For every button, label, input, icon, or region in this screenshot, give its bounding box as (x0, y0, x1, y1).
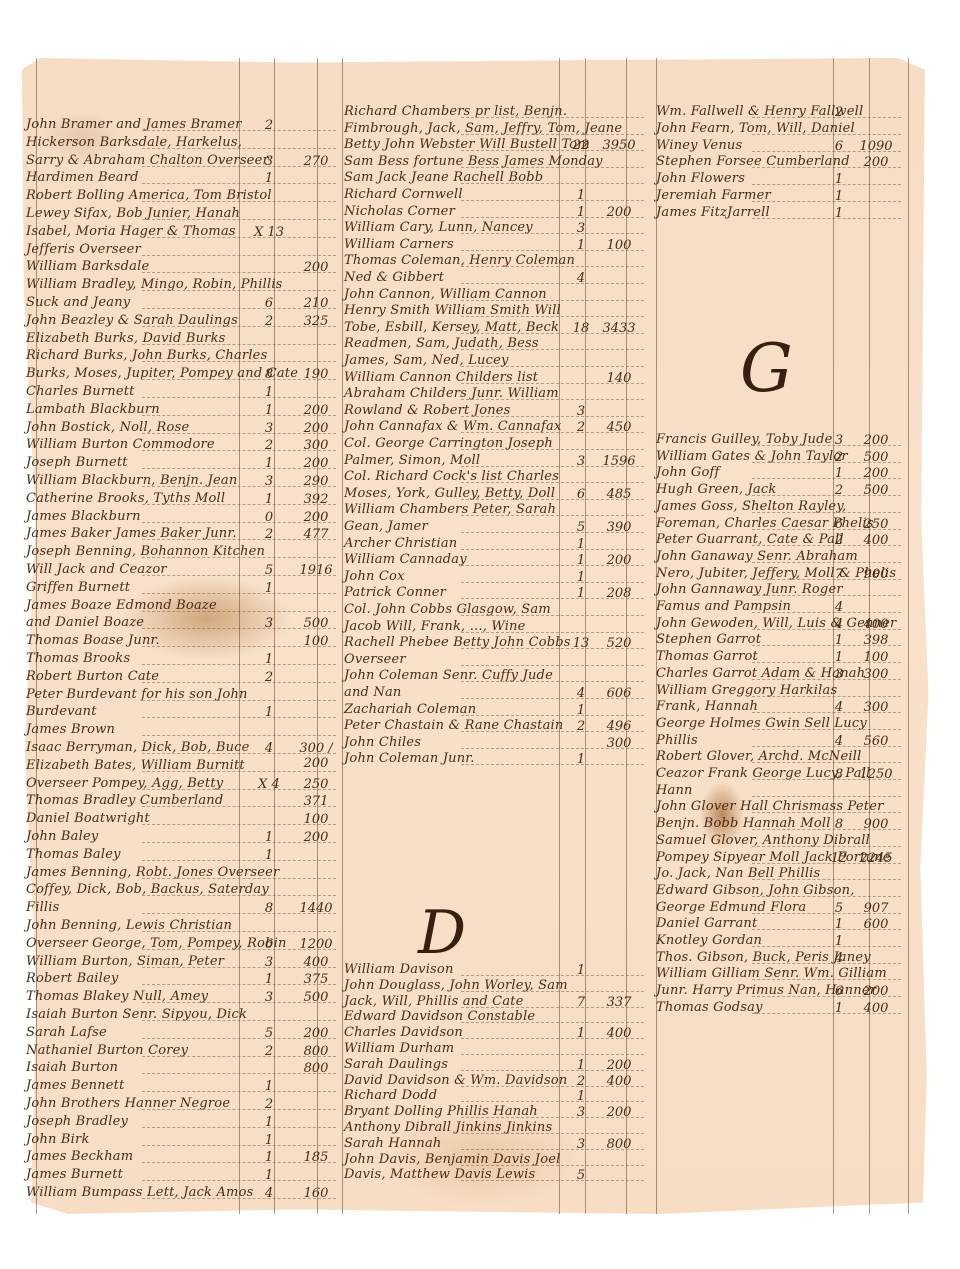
acres-value: 500 (856, 483, 896, 498)
entry-name: Winey Venus (656, 139, 742, 153)
ledger-entry: Daniel Boatwright (26, 812, 150, 826)
tithes-count: 2 (254, 438, 284, 453)
entry-name: Thomas Baley (26, 848, 121, 862)
entry-name: Hardimen Beard (26, 171, 139, 185)
tithes-count: 5 (254, 1026, 284, 1041)
entry-name: Thomas Brooks (26, 652, 130, 666)
acres-value: 390 (599, 520, 639, 535)
tithes-count: 1 (566, 1026, 596, 1041)
entry-name: William Barksdale (26, 260, 149, 274)
tithes-count: 1 (824, 917, 854, 932)
acres-value: 606 (599, 686, 639, 701)
tithes-count: 4 (254, 741, 284, 756)
entry-name: John Goff (656, 466, 720, 480)
ledger-entry: Robert Burton Cate (26, 670, 159, 684)
entry-name: William Carners (344, 238, 454, 252)
tithes-count: 2 (566, 420, 596, 435)
tithes-count: 1 (824, 633, 854, 648)
tithes-count: 1 (254, 972, 284, 987)
leader-dashes (461, 283, 644, 284)
leader-dashes (752, 846, 901, 847)
acres-value: 900 (856, 817, 896, 832)
ledger-entry: Richard Cornwell (344, 188, 463, 202)
ledger-entry: Sarah Daulings (344, 1058, 448, 1072)
ledger-entry: Hann (656, 784, 693, 798)
ledger-entry: Charles Davidson (344, 1026, 463, 1040)
acres-value: 290 (296, 474, 336, 489)
tithes-count: 3 (566, 1105, 596, 1120)
entry-name: Richard Cornwell (344, 188, 463, 202)
entry-name: James Burnett (26, 1168, 123, 1182)
leader-dashes (461, 549, 644, 550)
leader-dashes (461, 1180, 644, 1181)
tithes-count: 1 (824, 206, 854, 221)
entry-name: Archer Christian (344, 537, 457, 551)
acres-value: 200 (856, 155, 896, 170)
tithes-count: 6 (254, 937, 284, 952)
leader-dashes (461, 167, 644, 168)
leader-dashes (461, 582, 644, 583)
acres-value: 1596 (599, 454, 639, 469)
acres-value: 400 (856, 617, 896, 632)
tithes-count: 1 (254, 1168, 284, 1183)
acres-value: 2245 (856, 851, 896, 866)
acres-value: 907 (856, 901, 896, 916)
tithes-count: 22 (566, 138, 596, 153)
tithes-count: 4 (824, 617, 854, 632)
tithes-count: 4 (824, 951, 854, 966)
entry-name: Lambath Blackburn (26, 403, 160, 417)
acres-value: 160 (296, 1186, 336, 1201)
ledger-entry: Jefferis Overseer (26, 243, 141, 257)
tithes-count: 1 (566, 752, 596, 767)
leader-dashes (461, 399, 644, 400)
entry-name: James Bennett (26, 1079, 125, 1093)
acres-value: 300 (599, 736, 639, 751)
tithes-count: 6 (824, 139, 854, 154)
leader-dashes (142, 931, 337, 932)
tithes-count: 4 (824, 734, 854, 749)
tithes-count: 1 (254, 1133, 284, 1148)
tithes-count: 6 (254, 296, 284, 311)
tithes-count: 1 (566, 188, 596, 203)
entry-name: William Durham (344, 1042, 454, 1056)
entry-name: Robert Burton Cate (26, 670, 159, 684)
acres-value: 200 (856, 984, 896, 999)
leader-dashes (142, 183, 337, 184)
acres-value: 200 (599, 1058, 639, 1073)
ledger-entry: Daniel Garrant (656, 917, 757, 931)
leader-dashes (142, 361, 337, 362)
acres-value: 250 (296, 777, 336, 792)
acres-value: 200 (296, 421, 336, 436)
tithes-count: 3 (566, 454, 596, 469)
tithes-count: 3 (566, 404, 596, 419)
ledger-entry: Sarah Hannah (344, 1137, 441, 1151)
entry-name: Thomas Godsay (656, 1001, 763, 1015)
tithes-count: 4 (566, 686, 596, 701)
tithes-count: 1 (824, 650, 854, 665)
acres-value: 450 (599, 420, 639, 435)
leader-dashes (142, 860, 337, 861)
acres-value: 185 (296, 1150, 336, 1165)
acres-value: 270 (296, 154, 336, 169)
tithes-count: 1 (824, 172, 854, 187)
entry-name: James Brown (26, 723, 115, 737)
entry-name: Daniel Boatwright (26, 812, 150, 826)
entry-name: James Blackburn (26, 510, 141, 524)
entry-name: William Cannaday (344, 553, 467, 567)
tithes-count: 1 (254, 581, 284, 596)
ledger-entry: Thomas Boase Junr. (26, 634, 160, 648)
tithes-count: 1 (566, 570, 596, 585)
leader-dashes (142, 878, 337, 879)
entry-name: James Beckham (26, 1150, 133, 1164)
leader-dashes (142, 895, 337, 896)
tithes-count: 2 (566, 1074, 596, 1089)
acres-value: 200 (856, 466, 896, 481)
leader-dashes (461, 665, 644, 666)
entry-name: Patrick Conner (344, 586, 446, 600)
tithes-count: 2 (824, 105, 854, 120)
tithes-count: 4 (566, 271, 596, 286)
ledger-entry: Zachariah Coleman (344, 703, 476, 717)
acres-value: 400 (856, 533, 896, 548)
tithes-count: 1 (566, 1058, 596, 1073)
tithes-count: 3 (824, 667, 854, 682)
acres-value: 500 (296, 616, 336, 631)
leader-dashes (142, 344, 337, 345)
tithes-count: 4 (254, 1186, 284, 1201)
tithes-count: 1 (254, 171, 284, 186)
acres-value: 100 (296, 634, 336, 649)
acres-value: 600 (856, 917, 896, 932)
entry-name: Fillis (26, 901, 60, 915)
leader-dashes (752, 762, 901, 763)
acres-value: 200 (296, 403, 336, 418)
entry-name: Zachariah Coleman (344, 703, 476, 717)
leader-dashes (461, 515, 644, 516)
entry-name: Gean, Jamer (344, 520, 428, 534)
acres-value: 3433 (599, 321, 639, 336)
entry-name: Frank, Hannah (656, 700, 758, 714)
tithes-count: 1 (254, 830, 284, 845)
ledger-entry: Richard Dodd (344, 1089, 437, 1103)
acres-value: 250 (856, 517, 896, 532)
leader-dashes (142, 735, 337, 736)
tithes-count: 3 (254, 990, 284, 1005)
ledger-entry: Charles Burnett (26, 385, 135, 399)
tithes-count: 1 (566, 586, 596, 601)
tithes-count: 3 (824, 433, 854, 448)
acres-value: 200 (856, 433, 896, 448)
acres-value: 1250 (856, 767, 896, 782)
leader-dashes (461, 349, 644, 350)
leader-dashes (461, 715, 644, 716)
acres-value: 800 (599, 1137, 639, 1152)
ledger-entry: Joseph Burnett (26, 456, 128, 470)
leader-dashes (142, 1109, 337, 1110)
ledger-entry: Thomas Baley (26, 848, 121, 862)
leader-dashes (461, 233, 644, 234)
ledger-entry: Frank, Hannah (656, 700, 758, 714)
leader-dashes (142, 237, 337, 238)
acres-value: 140 (599, 371, 639, 386)
acres-value: 400 (856, 1001, 896, 1016)
tithes-count: 1 (254, 1079, 284, 1094)
acres-value: 200 (296, 830, 336, 845)
entry-name: John Birk (26, 1133, 90, 1147)
tithes-count: 8 (254, 901, 284, 916)
tithes-count: 2 (254, 118, 284, 133)
leader-dashes (142, 664, 337, 665)
tithes-count: 1 (824, 1001, 854, 1016)
acres-value: 485 (599, 487, 639, 502)
column-rule (239, 58, 240, 1214)
leader-dashes (461, 134, 644, 135)
acres-value: 800 (296, 1044, 336, 1059)
ledger-entry: Joseph Bradley (26, 1115, 128, 1129)
entry-name: Knotley Gordan (656, 934, 762, 948)
leader-dashes (142, 1091, 337, 1092)
ledger-entry: and Daniel Boaze (26, 616, 144, 630)
tithes-count: 1 (824, 466, 854, 481)
tithes-count: 12 (824, 851, 854, 866)
acres-value: 200 (296, 456, 336, 471)
leader-dashes (752, 879, 901, 880)
tithes-count: 8 (824, 817, 854, 832)
leader-dashes (142, 682, 337, 683)
leader-dashes (142, 290, 337, 291)
tithes-count: 6 (824, 984, 854, 999)
leader-dashes (461, 764, 644, 765)
leader-dashes (461, 615, 644, 616)
tithes-count: 13 (566, 636, 596, 651)
ledger-entry: Thomas Garrot (656, 650, 758, 664)
ledger-entry: John Baley (26, 830, 98, 844)
acres-value: 392 (296, 492, 336, 507)
entry-name: Nicholas Corner (344, 205, 455, 219)
ledger-entry: Suck and Jeany (26, 296, 130, 310)
leader-dashes (752, 729, 901, 730)
tithes-count: 2 (824, 483, 854, 498)
leader-dashes (142, 130, 337, 131)
ledger-entry: and Nan (344, 686, 401, 700)
acres-value: 375 (296, 972, 336, 987)
tithes-count: 8 (254, 367, 284, 382)
leader-dashes (461, 200, 644, 201)
tithes-count: 2 (254, 670, 284, 685)
ledger-entry: Thomas Brooks (26, 652, 130, 666)
tithes-count: 6 (566, 487, 596, 502)
tithes-count: 3 (566, 221, 596, 236)
tithes-count: 1 (566, 537, 596, 552)
leader-dashes (461, 117, 644, 118)
entry-name: Sarah Daulings (344, 1058, 448, 1072)
acres-value: 500 (856, 450, 896, 465)
leader-dashes (461, 1054, 644, 1055)
ledger-entry: Sarah Lafse (26, 1026, 107, 1040)
entry-name: Griffen Burnett (26, 581, 130, 595)
tithes-count: 1 (824, 189, 854, 204)
leader-dashes (142, 148, 337, 149)
leader-dashes (461, 1101, 644, 1102)
acres-value: 100 (856, 650, 896, 665)
leader-dashes (752, 696, 901, 697)
ledger-entry: James Burnett (26, 1168, 123, 1182)
tithes-count: 1 (254, 705, 284, 720)
tithes-count: 4 (824, 600, 854, 615)
leader-dashes (752, 979, 901, 980)
leader-dashes (142, 255, 337, 256)
leader-dashes (752, 595, 901, 596)
acres-value: 208 (599, 586, 639, 601)
tithes-count: 1 (254, 403, 284, 418)
tithes-count: 3 (254, 616, 284, 631)
leader-dashes (752, 796, 901, 797)
entry-name: Charles Burnett (26, 385, 135, 399)
leader-dashes (142, 1127, 337, 1128)
section-letter-g: G (740, 330, 793, 407)
tithes-count: 7 (824, 567, 854, 582)
leader-dashes (752, 812, 901, 813)
leader-dashes (142, 593, 337, 594)
acres-value: 800 (296, 1061, 336, 1076)
tithes-count: 1 (566, 205, 596, 220)
entry-name: Overseer (344, 653, 406, 667)
acres-value: 300 (856, 667, 896, 682)
ledger-entry: Stephen Garrot (656, 633, 761, 647)
acres-value: 100 (599, 238, 639, 253)
leader-dashes (142, 557, 337, 558)
leader-dashes (142, 700, 337, 701)
leader-dashes (142, 611, 337, 612)
entry-name: Charles Davidson (344, 1026, 463, 1040)
acres-value: 200 (296, 510, 336, 525)
leader-dashes (142, 397, 337, 398)
tithes-count: 1 (566, 553, 596, 568)
tithes-count: 3 (566, 1137, 596, 1152)
ledger-entry: Fillis (26, 901, 60, 915)
leader-dashes (461, 316, 644, 317)
acres-value: 300 (856, 700, 896, 715)
acres-value: 400 (296, 955, 336, 970)
leader-dashes (461, 632, 644, 633)
tithes-count: 2 (824, 533, 854, 548)
ledger-entry: Knotley Gordan (656, 934, 762, 948)
acres-value: 200 (296, 260, 336, 275)
tithes-count: 3 (254, 955, 284, 970)
ledger-entry: John Goff (656, 466, 720, 480)
acres-value: 200 (599, 553, 639, 568)
tithes-count: 4 (824, 700, 854, 715)
tithes-count: 2 (254, 1044, 284, 1059)
ledger-entry: Winey Venus (656, 139, 742, 153)
column-rule (908, 58, 909, 1214)
leader-dashes (461, 1022, 644, 1023)
acres-value: 371 (296, 794, 336, 809)
ledger-entry: John Flowers (656, 172, 745, 186)
acres-value: 200 (599, 205, 639, 220)
leader-dashes (752, 562, 901, 563)
ledger-entry: Patrick Conner (344, 586, 446, 600)
entry-name: John Flowers (656, 172, 745, 186)
tithes-count: 3 (254, 421, 284, 436)
acres-value: 1440 (296, 901, 336, 916)
acres-value: 900 (856, 567, 896, 582)
entry-name: Sarah Hannah (344, 1137, 441, 1151)
entry-name: Sarah Lafse (26, 1026, 107, 1040)
leader-dashes (752, 896, 901, 897)
leader-dashes (461, 991, 644, 992)
leader-dashes (461, 183, 644, 184)
entry-name: Joseph Burnett (26, 456, 128, 470)
ledger-entry: Phillis (656, 734, 698, 748)
tithes-count: 1 (254, 492, 284, 507)
entry-name: Isaiah Burton (26, 1061, 118, 1075)
acres-value: 400 (599, 1074, 639, 1089)
entry-name: Suck and Jeany (26, 296, 130, 310)
ledger-entry: Overseer (344, 653, 406, 667)
tithes-count: 1 (254, 1115, 284, 1130)
acres-value: 210 (296, 296, 336, 311)
acres-value: 520 (599, 636, 639, 651)
ledger-entry: William Carners (344, 238, 454, 252)
acres-value: 3950 (599, 138, 639, 153)
tithes-count: 1 (566, 1089, 596, 1104)
entry-name: Thomas Garrot (656, 650, 758, 664)
acres-value: 337 (599, 995, 639, 1010)
leader-dashes (142, 219, 337, 220)
acres-value: 1916 (296, 563, 336, 578)
leader-dashes (142, 1145, 337, 1146)
acres-value: 100 (296, 812, 336, 827)
tithes-count: 18 (566, 321, 596, 336)
entry-name: Daniel Garrant (656, 917, 757, 931)
tithes-count: 1 (254, 385, 284, 400)
tithes-count: 5 (566, 520, 596, 535)
entry-name: John Baley (26, 830, 98, 844)
tithes-count: 8 (824, 767, 854, 782)
acres-value: 325 (296, 314, 336, 329)
leader-dashes (752, 512, 901, 513)
ledger-entry: Isaiah Burton (26, 1061, 118, 1075)
entry-name: John Chiles (344, 736, 421, 750)
ledger-entry: William Davison (344, 963, 454, 977)
leader-dashes (461, 300, 644, 301)
tithes-count: 2 (566, 719, 596, 734)
entry-name: Stephen Garrot (656, 633, 761, 647)
leader-dashes (752, 134, 901, 135)
ledger-entry: Archer Christian (344, 537, 457, 551)
tithes-count: 1 (254, 1150, 284, 1165)
entry-name: John Cox (344, 570, 405, 584)
entry-name: Joseph Bradley (26, 1115, 128, 1129)
tithes-count: 2 (824, 450, 854, 465)
leader-dashes (461, 975, 644, 976)
leader-dashes (142, 1020, 337, 1021)
acres-value: 200 (599, 1105, 639, 1120)
column-rule (342, 58, 343, 1214)
ledger-entry: Thomas Godsay (656, 1001, 763, 1015)
tithes-count: 2 (254, 314, 284, 329)
ledger-entry: Hardimen Beard (26, 171, 139, 185)
acres-value: 190 (296, 367, 336, 382)
entry-name: and Nan (344, 686, 401, 700)
ledger-entry: William Durham (344, 1042, 454, 1056)
tithes-count: 1 (824, 934, 854, 949)
entry-name: Robert Bailey (26, 972, 118, 986)
